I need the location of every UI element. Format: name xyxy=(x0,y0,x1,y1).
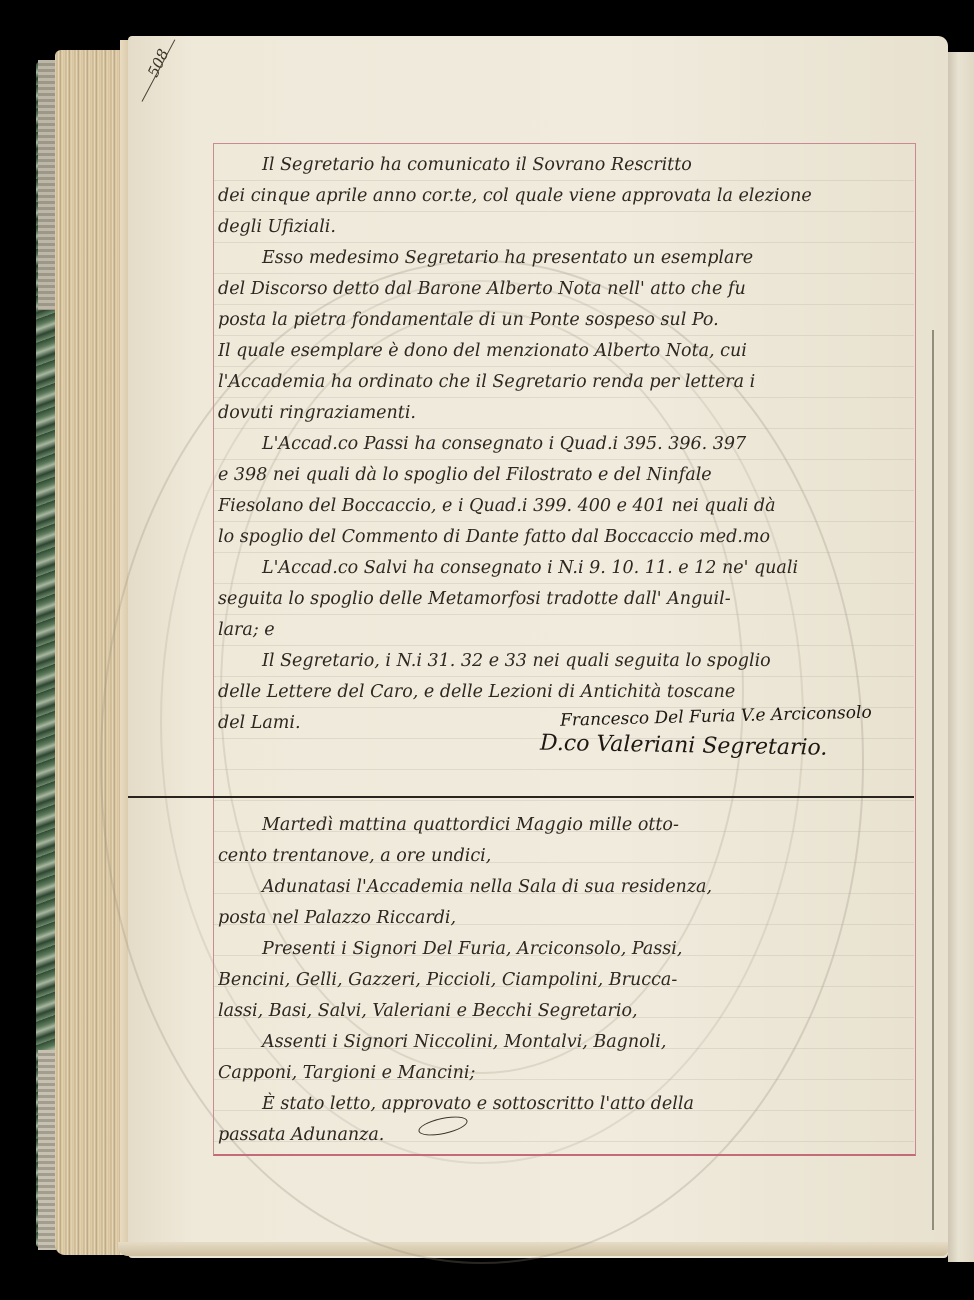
text-line: lassi, Basi, Salvi, Valeriani e Becchi S… xyxy=(218,996,908,1027)
text-line: Martedì mattina quattordici Maggio mille… xyxy=(218,810,908,841)
text-line: l'Accademia ha ordinato che il Segretari… xyxy=(218,367,908,398)
facing-page-edge xyxy=(948,52,974,1262)
minutes-section-2: Martedì mattina quattordici Maggio mille… xyxy=(218,810,908,1151)
text-line: Esso medesimo Segretario ha presentato u… xyxy=(218,243,908,274)
text-line: Bencini, Gelli, Gazzeri, Piccioli, Ciamp… xyxy=(218,965,908,996)
text-line: Il quale esemplare è dono del menzionato… xyxy=(218,336,908,367)
text-line: posta nel Palazzo Riccardi, xyxy=(218,903,908,934)
text-line: Il Segretario ha comunicato il Sovrano R… xyxy=(218,150,908,181)
cover-headband xyxy=(38,60,56,310)
text-line: Capponi, Targioni e Mancini; xyxy=(218,1058,908,1089)
section-separator-rule xyxy=(128,796,914,798)
signature-segretario: D.co Valeriani Segretario. xyxy=(540,731,920,763)
text-line: posta la pietra fondamentale di un Ponte… xyxy=(218,305,908,336)
cover-tailband xyxy=(38,1050,56,1250)
text-line: Fiesolano del Boccaccio, e i Quad.i 399.… xyxy=(218,491,908,522)
signature-block: Francesco Del Furia V.e Arciconsolo D.co… xyxy=(540,706,920,759)
text-line: È stato letto, approvato e sottoscritto … xyxy=(218,1089,908,1120)
text-line: e 398 nei quali dà lo spoglio del Filost… xyxy=(218,460,908,491)
gutter-shadow xyxy=(932,330,934,1230)
text-line: dei cinque aprile anno cor.te, col quale… xyxy=(218,181,908,212)
text-line: lo spoglio del Commento di Dante fatto d… xyxy=(218,522,908,553)
minutes-section-1: Il Segretario ha comunicato il Sovrano R… xyxy=(218,150,908,739)
text-line: cento trentanove, a ore undici, xyxy=(218,841,908,872)
text-line: L'Accad.co Salvi ha consegnato i N.i 9. … xyxy=(218,553,908,584)
manuscript-scan: 508 Il Segretario ha comunicato il Sovra… xyxy=(0,0,974,1300)
text-line: del Discorso detto dal Barone Alberto No… xyxy=(218,274,908,305)
text-line: passata Adunanza. xyxy=(218,1120,908,1151)
text-line: seguita lo spoglio delle Metamorfosi tra… xyxy=(218,584,908,615)
signature-arciconsolo: Francesco Del Furia V.e Arciconsolo xyxy=(560,701,920,730)
text-line: lara; e xyxy=(218,615,908,646)
text-line: Assenti i Signori Niccolini, Montalvi, B… xyxy=(218,1027,908,1058)
text-line: degli Ufiziali. xyxy=(218,212,908,243)
text-line: Presenti i Signori Del Furia, Arciconsol… xyxy=(218,934,908,965)
page-number-corner: 508 xyxy=(140,44,200,104)
text-line: dovuti ringraziamenti. xyxy=(218,398,908,429)
text-line: L'Accad.co Passi ha consegnato i Quad.i … xyxy=(218,429,908,460)
text-line: Il Segretario, i N.i 31. 32 e 33 nei qua… xyxy=(218,646,908,677)
text-line: Adunatasi l'Accademia nella Sala di sua … xyxy=(218,872,908,903)
